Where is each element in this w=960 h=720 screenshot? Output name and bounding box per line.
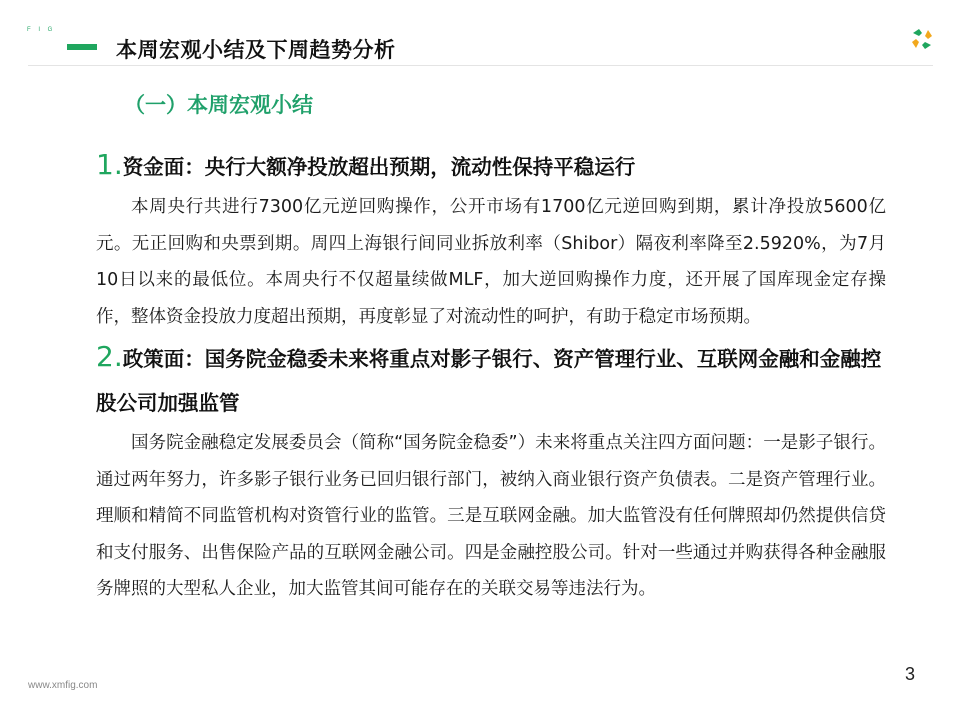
item-heading-text: 资金面：央行大额净投放超出预期，流动性保持平稳运行 xyxy=(123,155,636,179)
company-logo-icon xyxy=(910,27,934,51)
item-number: 2. xyxy=(96,340,123,373)
item-heading-funds: 1.资金面：央行大额净投放超出预期，流动性保持平稳运行 xyxy=(96,143,886,189)
item-number: 1. xyxy=(96,148,123,181)
title-accent-bar xyxy=(67,44,97,50)
header-divider xyxy=(28,65,933,66)
item-body-policy: 国务院金融稳定发展委员会（简称“国务院金稳委”）未来将重点关注四方面问题：一是影… xyxy=(96,425,886,608)
item-heading-text: 政策面：国务院金稳委未来将重点对影子银行、资产管理行业、互联网金融和金融控股公司… xyxy=(96,347,881,415)
page-number: 3 xyxy=(905,664,915,685)
item-body-funds: 本周央行共进行7300亿元逆回购操作，公开市场有1700亿元逆回购到期，累计净投… xyxy=(96,189,886,335)
footer-url: www.xmfig.com xyxy=(28,680,97,691)
fig-brand-mark: F I G xyxy=(27,27,55,33)
item-heading-policy: 2.政策面：国务院金稳委未来将重点对影子银行、资产管理行业、互联网金融和金融控股… xyxy=(96,335,886,425)
summary-content: 1.资金面：央行大额净投放超出预期，流动性保持平稳运行 本周央行共进行7300亿… xyxy=(96,143,886,608)
page-title: 本周宏观小结及下周趋势分析 xyxy=(116,34,396,64)
section-title: （一）本周宏观小结 xyxy=(124,89,313,119)
